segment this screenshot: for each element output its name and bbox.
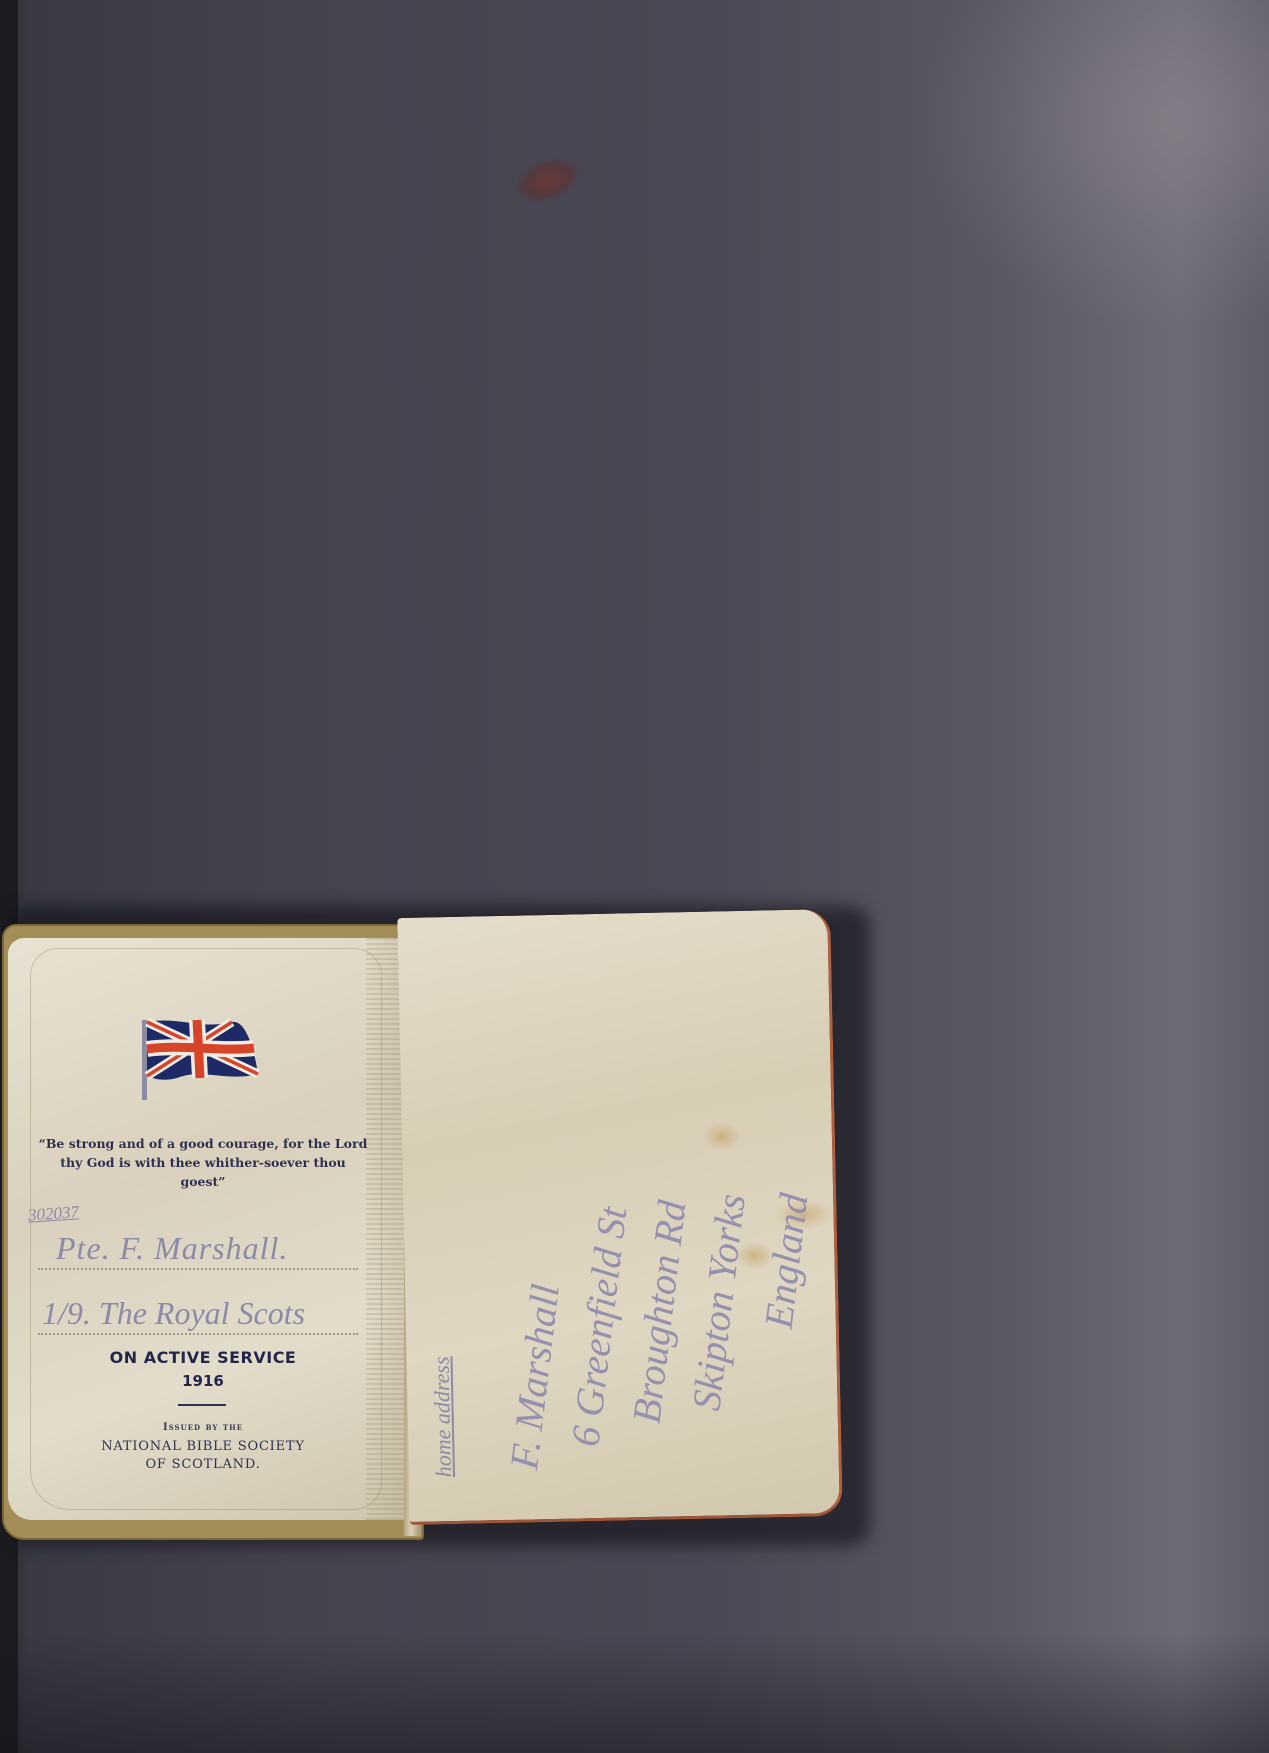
active-service-heading: ON ACTIVE SERVICE bbox=[38, 1348, 368, 1367]
scanner-stain bbox=[510, 150, 586, 210]
handwritten-unit: 1/9. The Royal Scots bbox=[42, 1295, 305, 1332]
address-line: F. Marshall bbox=[500, 1282, 569, 1472]
inside-front-cover: “Be strong and of a good courage, for th… bbox=[8, 938, 408, 1520]
handwritten-name: Pte. F. Marshall. bbox=[56, 1230, 288, 1267]
unit-field: 1/9. The Royal Scots bbox=[38, 1293, 358, 1335]
publisher-line-2: OF SCOTLAND. bbox=[38, 1456, 368, 1474]
address-line: Skipton Yorks bbox=[682, 1191, 754, 1412]
divider-rule bbox=[178, 1404, 226, 1406]
home-address-label: home address bbox=[426, 1237, 461, 1478]
background-shade bbox=[0, 1633, 1269, 1753]
union-jack-flag-icon bbox=[142, 1016, 262, 1102]
address-line: England bbox=[755, 1191, 818, 1331]
publisher-line-1: NATIONAL BIBLE SOCIETY bbox=[38, 1438, 368, 1456]
handwritten-service-number: 302037 bbox=[27, 1202, 79, 1226]
issued-by: Issued by the bbox=[38, 1422, 368, 1433]
publisher: NATIONAL BIBLE SOCIETY OF SCOTLAND. bbox=[38, 1438, 368, 1474]
bible-verse: “Be strong and of a good courage, for th… bbox=[38, 1134, 368, 1191]
flyleaf-page: home address F. Marshall 6 Greenfield St… bbox=[397, 909, 843, 1525]
year: 1916 bbox=[38, 1372, 368, 1390]
open-pocket-bible: “Be strong and of a good courage, for th… bbox=[0, 918, 850, 1538]
name-field: Pte. F. Marshall. bbox=[38, 1228, 358, 1270]
handwritten-address: F. Marshall 6 Greenfield St Broughton Rd… bbox=[499, 880, 997, 1527]
